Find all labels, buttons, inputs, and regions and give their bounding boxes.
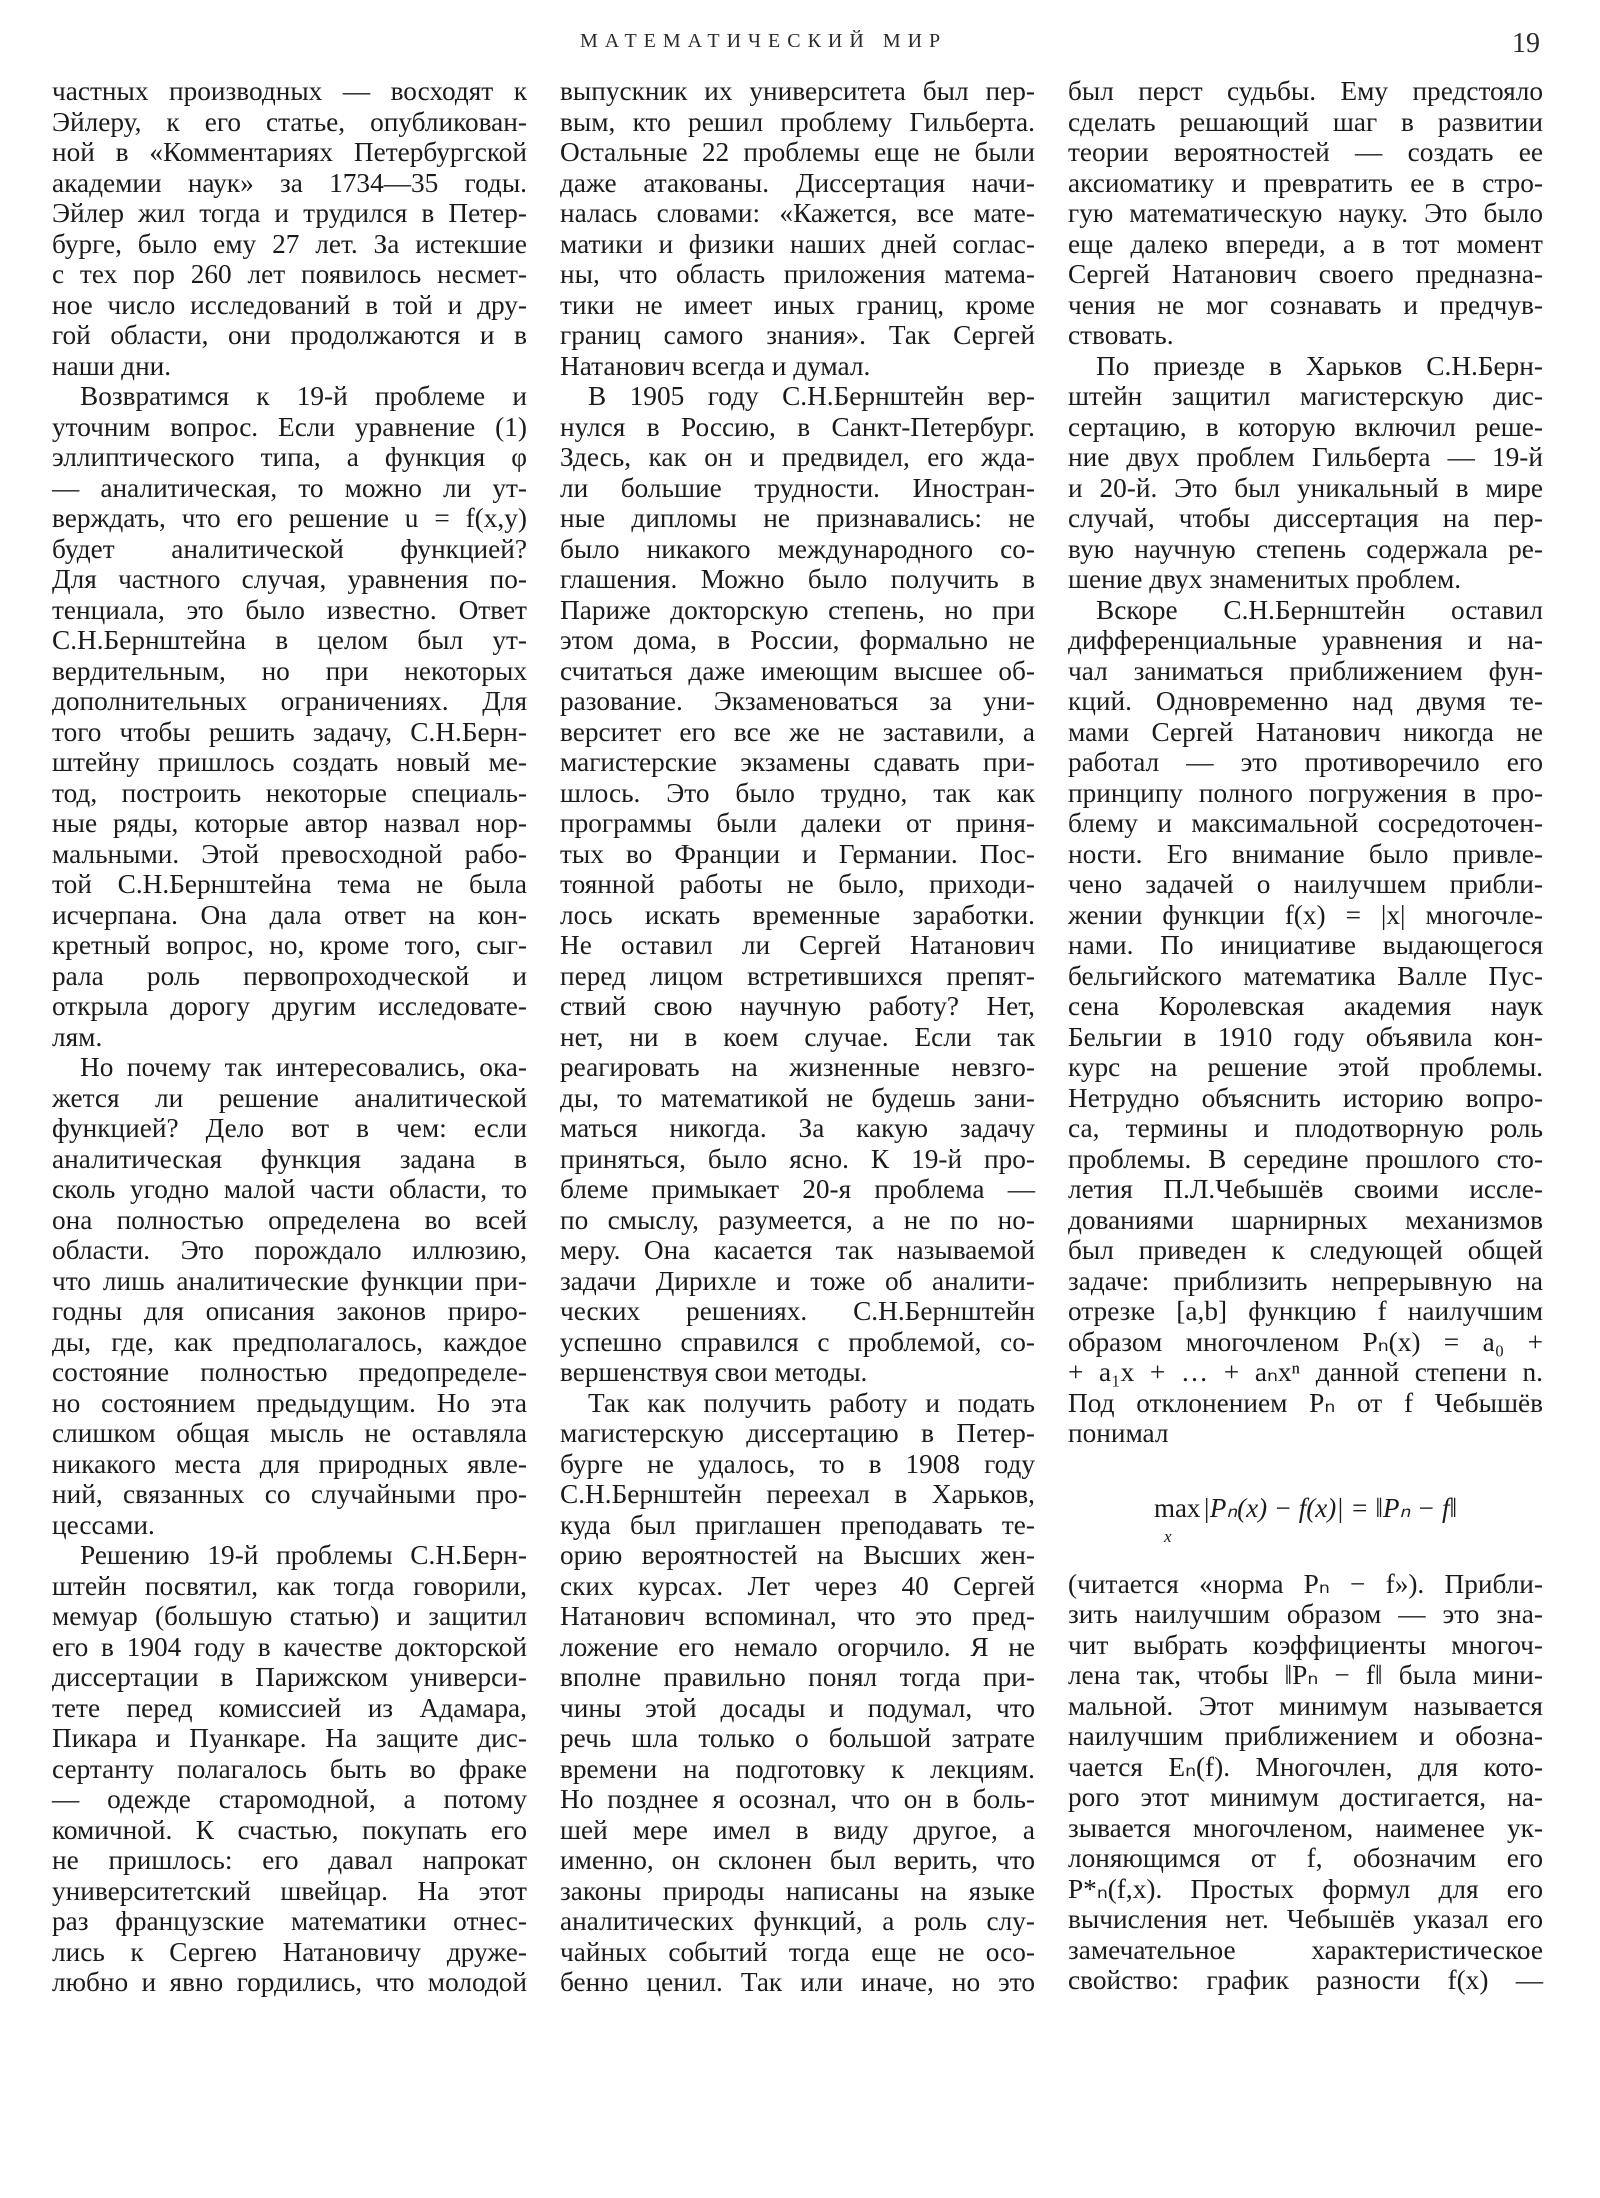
text-line: вым, кто решил проблему Гильберта. bbox=[560, 107, 1035, 138]
text-line: жении функции f(x) = |x| многочле- bbox=[1068, 900, 1543, 931]
text-line: лоняющимся от f, обозначим его bbox=[1068, 1843, 1543, 1874]
text-line: зывается многочленом, наименее ук- bbox=[1068, 1813, 1543, 1844]
text-line: приняться, было ясно. К 19-й про- bbox=[560, 1144, 1035, 1175]
text-column-3: был перст судьбы. Ему предстоялосделать … bbox=[1068, 76, 1543, 1996]
text-line: сертацию, в которую включил реше- bbox=[1068, 412, 1543, 443]
text-line: шей мере имел в виду другое, а bbox=[560, 1815, 1035, 1846]
text-line: дифференциальные уравнения и на- bbox=[1068, 625, 1543, 656]
text-line: куда был приглашен преподавать те- bbox=[560, 1510, 1035, 1541]
text-line: глашения. Можно было получить в bbox=[560, 564, 1035, 595]
text-line: считаться даже имеющим высшее об- bbox=[560, 656, 1035, 687]
text-line: нами. По инициативе выдающегося bbox=[1068, 930, 1543, 961]
text-line: ли большие трудности. Иностран- bbox=[560, 473, 1035, 504]
text-line: Остальные 22 проблемы еще не были bbox=[560, 137, 1035, 168]
text-line: чины этой досады и подумал, что bbox=[560, 1693, 1035, 1724]
text-line: — одежде старомодной, а потому bbox=[52, 1784, 527, 1815]
text-line: что лишь аналитические функции при- bbox=[52, 1266, 527, 1297]
text-line: проблемы. В середине прошлого сто- bbox=[1068, 1144, 1543, 1175]
text-line: налась словами: «Кажется, все мате- bbox=[560, 198, 1035, 229]
text-line: наилучшим приближением и обозна- bbox=[1068, 1721, 1543, 1752]
text-line: тенциала, это было известно. Ответ bbox=[52, 595, 527, 626]
text-line: лям. bbox=[52, 1022, 527, 1053]
text-line: никакого места для природных явле- bbox=[52, 1449, 527, 1480]
text-line: P*ₙ(f,x). Простых формул для его bbox=[1068, 1874, 1543, 1905]
text-line: границ самого знания». Так Сергей bbox=[560, 320, 1035, 351]
text-line: диссертации в Парижском универси- bbox=[52, 1662, 527, 1693]
text-line: чено задачей о наилучшем прибли- bbox=[1068, 869, 1543, 900]
text-line: зить наилучшим образом — это зна- bbox=[1068, 1599, 1543, 1630]
text-line: кретный вопрос, но, кроме того, сыг- bbox=[52, 930, 527, 961]
column-3-text-after-formula: (читается «норма Pₙ − f»). Прибли-зить н… bbox=[1068, 1569, 1543, 1996]
running-title: МАТЕМАТИЧЕСКИЙ МИР bbox=[580, 30, 947, 53]
text-line: гую математическую науку. Это было bbox=[1068, 198, 1543, 229]
text-line: годны для описания законов приро- bbox=[52, 1296, 527, 1327]
text-line: комичной. К счастью, покупать его bbox=[52, 1815, 527, 1846]
text-line: ложение его немало огорчило. Я не bbox=[560, 1632, 1035, 1663]
text-line: рала роль первопроходческой и bbox=[52, 961, 527, 992]
text-line: разование. Экзаменоваться за уни- bbox=[560, 686, 1035, 717]
text-line: ной в «Комментариях Петербургской bbox=[52, 137, 527, 168]
formula-max-operator: maxx bbox=[1154, 1493, 1201, 1524]
text-line: мами Сергей Натанович никогда не bbox=[1068, 717, 1543, 748]
text-line: Эйлер жил тогда и трудился в Петер- bbox=[52, 198, 527, 229]
text-line: ских курсах. Лет через 40 Сергей bbox=[560, 1571, 1035, 1602]
text-line: того чтобы решить задачу, С.Н.Берн- bbox=[52, 717, 527, 748]
text-line: Так как получить работу и подать bbox=[560, 1388, 1035, 1419]
text-line: цессами. bbox=[52, 1510, 527, 1541]
text-column-2: выпускник их университета был пер-вым, к… bbox=[560, 76, 1035, 1998]
text-line: будет аналитической функцией? bbox=[52, 534, 527, 565]
text-line: вычисления нет. Чебышёв указал его bbox=[1068, 1904, 1543, 1935]
text-line: рого этот минимум достигается, на- bbox=[1068, 1782, 1543, 1813]
text-line: чайных событий тогда еще не осо- bbox=[560, 1937, 1035, 1968]
text-line: состояние полностью предопределе- bbox=[52, 1357, 527, 1388]
text-line: чал заниматься приближением фун- bbox=[1068, 656, 1543, 687]
text-line: тики не имеет иных границ, кроме bbox=[560, 290, 1035, 321]
text-line: аналитических функций, а роль слу- bbox=[560, 1906, 1035, 1937]
text-line: понимал bbox=[1068, 1418, 1543, 1449]
text-line: было никакого международного со- bbox=[560, 534, 1035, 565]
text-line: С.Н.Бернштейна в целом был ут- bbox=[52, 625, 527, 656]
text-line: с тех пор 260 лет появилось несмет- bbox=[52, 259, 527, 290]
text-line: принципу полного погружения в про- bbox=[1068, 778, 1543, 809]
text-line: вполне правильно понял тогда при- bbox=[560, 1662, 1035, 1693]
text-line: случай, чтобы диссертация на пер- bbox=[1068, 503, 1543, 534]
text-line: даже атакованы. Диссертация начи- bbox=[560, 168, 1035, 199]
text-line: открыла дорогу другим исследовате- bbox=[52, 991, 527, 1022]
text-line: Решению 19-й проблемы С.Н.Берн- bbox=[52, 1540, 527, 1571]
text-line: Пикара и Пуанкаре. На защите дис- bbox=[52, 1723, 527, 1754]
text-line: функцией? Дело вот в чем: если bbox=[52, 1113, 527, 1144]
text-line: ческих решениях. С.Н.Бернштейн bbox=[560, 1296, 1035, 1327]
text-line: верждать, что его решение u = f(x,y) bbox=[52, 503, 527, 534]
text-line: отрезке [a,b] функцию f наилучшим bbox=[1068, 1296, 1543, 1327]
text-line: успешно справился с проблемой, со- bbox=[560, 1327, 1035, 1358]
text-line: Для частного случая, уравнения по- bbox=[52, 564, 527, 595]
text-line: замечательное характеристическое bbox=[1068, 1935, 1543, 1966]
text-line: шение двух знаменитых проблем. bbox=[1068, 564, 1543, 595]
text-line: штейн защитил магистерскую дис- bbox=[1068, 381, 1543, 412]
text-line: перед лицом встретившихся препят- bbox=[560, 961, 1035, 992]
text-line: образом многочленом Pₙ(x) = a₀ + bbox=[1068, 1327, 1543, 1358]
text-line: дованиями шарнирных механизмов bbox=[1068, 1205, 1543, 1236]
text-line: Бельгии в 1910 году объявила кон- bbox=[1068, 1022, 1543, 1053]
text-line: реагировать на жизненные невзго- bbox=[560, 1052, 1035, 1083]
text-line: С.Н.Бернштейн переехал в Харьков, bbox=[560, 1479, 1035, 1510]
text-line: летия П.Л.Чебышёв своими иссле- bbox=[1068, 1174, 1543, 1205]
text-line: работал — это противоречило его bbox=[1068, 747, 1543, 778]
text-line: тых во Франции и Германии. Пос- bbox=[560, 839, 1035, 870]
formula-body: |Pₙ(x) − f(x)| = ‖Pₙ − f‖ bbox=[1202, 1493, 1457, 1524]
text-line: вердительным, но при некоторых bbox=[52, 656, 527, 687]
text-line: орию вероятностей на Высших жен- bbox=[560, 1540, 1035, 1571]
text-line: Вскоре С.Н.Бернштейн оставил bbox=[1068, 595, 1543, 626]
text-line: бурге, было ему 27 лет. За истекшие bbox=[52, 229, 527, 260]
text-line: Париже докторскую степень, но при bbox=[560, 595, 1035, 626]
text-line: бельгийского математика Валле Пус- bbox=[1068, 961, 1543, 992]
page-number: 19 bbox=[1512, 28, 1540, 60]
text-line: вершенствуя свои методы. bbox=[560, 1357, 1035, 1388]
text-line: лись к Сергею Натановичу друже- bbox=[52, 1937, 527, 1968]
text-line: задаче: приблизить непрерывную на bbox=[1068, 1266, 1543, 1297]
text-line: лена так, чтобы ‖Pₙ − f‖ была мини- bbox=[1068, 1660, 1543, 1691]
text-line: чит выбрать коэффициенты многоч- bbox=[1068, 1630, 1543, 1661]
text-line: сколь угодно малой части области, то bbox=[52, 1174, 527, 1205]
text-line: верситет его все же не заставили, а bbox=[560, 717, 1035, 748]
text-line: наши дни. bbox=[52, 351, 527, 382]
text-line: был перст судьбы. Ему предстояло bbox=[1068, 76, 1543, 107]
text-line: жется ли решение аналитической bbox=[52, 1083, 527, 1114]
text-line: речь шла только о большой затрате bbox=[560, 1723, 1035, 1754]
formula-operator-subscript: x bbox=[1164, 1527, 1172, 1547]
text-line: раз французские математики отнес- bbox=[52, 1906, 527, 1937]
text-line: шлось. Это было трудно, так как bbox=[560, 778, 1035, 809]
text-line: теории вероятностей — создать ее bbox=[1068, 137, 1543, 168]
text-line: нет, ни в коем случае. Если так bbox=[560, 1022, 1035, 1053]
text-line: ные ряды, которые автор назвал нор- bbox=[52, 808, 527, 839]
text-line: мальными. Этой превосходной рабо- bbox=[52, 839, 527, 870]
text-line: сертанту полагалось быть во фраке bbox=[52, 1754, 527, 1785]
text-line: ние двух проблем Гильберта — 19-й bbox=[1068, 442, 1543, 473]
text-line: времени на подготовку к лекциям. bbox=[560, 1754, 1035, 1785]
text-line: Эйлеру, к его статье, опубликован- bbox=[52, 107, 527, 138]
text-line: сена Королевская академия наук bbox=[1068, 991, 1543, 1022]
text-line: — аналитическая, то можно ли ут- bbox=[52, 473, 527, 504]
text-line: чается Eₙ(f). Многочлен, для кото- bbox=[1068, 1752, 1543, 1783]
text-line: штейну пришлось создать новый ме- bbox=[52, 747, 527, 778]
text-line: са, термины и плодотворную роль bbox=[1068, 1113, 1543, 1144]
text-line: лось искать временные заработки. bbox=[560, 900, 1035, 931]
text-line: В 1905 году С.Н.Бернштейн вер- bbox=[560, 381, 1035, 412]
text-line: вую научную степень содержала ре- bbox=[1068, 534, 1543, 565]
text-line: этом дома, в России, формально не bbox=[560, 625, 1035, 656]
column-3-text-before-formula: был перст судьбы. Ему предстоялосделать … bbox=[1068, 76, 1543, 1449]
text-line: не пришлось: его давал напрокат bbox=[52, 1845, 527, 1876]
text-line: магистерские экзамены сдавать при- bbox=[560, 747, 1035, 778]
text-line: исчерпана. Она дала ответ на кон- bbox=[52, 900, 527, 931]
text-line: Но почему так интересовались, ока- bbox=[52, 1052, 527, 1083]
text-line: законы природы написаны на языке bbox=[560, 1876, 1035, 1907]
text-line: ны, что область приложения матема- bbox=[560, 259, 1035, 290]
formula-operator: max bbox=[1154, 1493, 1201, 1523]
text-line: аналитическая функция задана в bbox=[52, 1144, 527, 1175]
text-line: По приезде в Харьков С.Н.Берн- bbox=[1068, 351, 1543, 382]
text-line: ний, связанных со случайными про- bbox=[52, 1479, 527, 1510]
running-head: МАТЕМАТИЧЕСКИЙ МИР 19 bbox=[0, 30, 1600, 70]
text-line: частных производных — восходят к bbox=[52, 76, 527, 107]
text-line: еще далеко впереди, а в тот момент bbox=[1068, 229, 1543, 260]
text-line: аксиоматику и превратить ее в стро- bbox=[1068, 168, 1543, 199]
text-line: Под отклонением Pₙ от f Чебышёв bbox=[1068, 1388, 1543, 1419]
text-line: (читается «норма Pₙ − f»). Прибли- bbox=[1068, 1569, 1543, 1600]
text-line: Сергей Натанович своего предназна- bbox=[1068, 259, 1543, 290]
text-line: его в 1904 году в качестве докторской bbox=[52, 1632, 527, 1663]
text-line: гой области, они продолжаются и в bbox=[52, 320, 527, 351]
text-line: свойство: график разности f(x) — bbox=[1068, 1965, 1543, 1996]
chebyshev-norm-formula: maxx |Pₙ(x) − f(x)| = ‖Pₙ − f‖ bbox=[1068, 1449, 1543, 1569]
text-line: Возвратимся к 19-й проблеме и bbox=[52, 381, 527, 412]
text-line: академии наук» за 1734—35 годы. bbox=[52, 168, 527, 199]
text-line: ствовать. bbox=[1068, 320, 1543, 351]
text-line: и 20-й. Это был уникальный в мире bbox=[1068, 473, 1543, 504]
text-line: ды, где, как предполагалось, каждое bbox=[52, 1327, 527, 1358]
text-line: выпускник их университета был пер- bbox=[560, 76, 1035, 107]
text-line: магистерскую диссертацию в Петер- bbox=[560, 1418, 1035, 1449]
text-line: области. Это порождало иллюзию, bbox=[52, 1235, 527, 1266]
text-line: Здесь, как он и предвидел, его жда- bbox=[560, 442, 1035, 473]
text-line: именно, он склонен был верить, что bbox=[560, 1845, 1035, 1876]
text-line: ное число исследований в той и дру- bbox=[52, 290, 527, 321]
text-line: ные дипломы не признавались: не bbox=[560, 503, 1035, 534]
text-line: кций. Одновременно над двумя те- bbox=[1068, 686, 1543, 717]
text-line: Но позднее я осознал, что он в боль- bbox=[560, 1784, 1035, 1815]
text-line: нулся в Россию, в Санкт-Петербург. bbox=[560, 412, 1035, 443]
text-line: бурге не удалось, то в 1908 году bbox=[560, 1449, 1035, 1480]
text-line: тод, построить некоторые специаль- bbox=[52, 778, 527, 809]
text-line: Натанович всегда и думал. bbox=[560, 351, 1035, 382]
text-line: штейн посвятил, как тогда говорили, bbox=[52, 1571, 527, 1602]
text-line: сделать решающий шаг в развитии bbox=[1068, 107, 1543, 138]
text-line: тоянной работы не было, приходи- bbox=[560, 869, 1035, 900]
text-line: ды, то математикой не будешь зани- bbox=[560, 1083, 1035, 1114]
text-line: университетский швейцар. На этот bbox=[52, 1876, 527, 1907]
text-column-1: частных производных — восходят кЭйлеру, … bbox=[52, 76, 527, 1998]
text-line: матики и физики наших дней соглас- bbox=[560, 229, 1035, 260]
text-line: ствий свою научную работу? Нет, bbox=[560, 991, 1035, 1022]
text-line: меру. Она касается так называемой bbox=[560, 1235, 1035, 1266]
text-line: тете перед комиссией из Адамара, bbox=[52, 1693, 527, 1724]
text-line: той С.Н.Бернштейна тема не была bbox=[52, 869, 527, 900]
text-line: мальной. Этот минимум называется bbox=[1068, 1691, 1543, 1722]
text-line: блеме примыкает 20-я проблема — bbox=[560, 1174, 1035, 1205]
text-line: бенно ценил. Так или иначе, но это bbox=[560, 1967, 1035, 1998]
text-line: ности. Его внимание было привле- bbox=[1068, 839, 1543, 870]
text-line: дополнительных ограничениях. Для bbox=[52, 686, 527, 717]
text-line: + a₁x + … + aₙxⁿ данной степени n. bbox=[1068, 1357, 1543, 1388]
text-line: мемуар (большую статью) и защитил bbox=[52, 1601, 527, 1632]
text-line: был приведен к следующей общей bbox=[1068, 1235, 1543, 1266]
text-line: программы были далеки от приня- bbox=[560, 808, 1035, 839]
text-line: но состоянием предыдущим. Но эта bbox=[52, 1388, 527, 1419]
text-line: задачи Дирихле и тоже об аналити- bbox=[560, 1266, 1035, 1297]
text-line: она полностью определена во всей bbox=[52, 1205, 527, 1236]
text-line: Нетрудно объяснить историю вопро- bbox=[1068, 1083, 1543, 1114]
text-line: маться никогда. За какую задачу bbox=[560, 1113, 1035, 1144]
text-line: чения не мог сознавать и предчув- bbox=[1068, 290, 1543, 321]
text-line: слишком общая мысль не оставляла bbox=[52, 1418, 527, 1449]
text-line: по смыслу, разумеется, а не по но- bbox=[560, 1205, 1035, 1236]
text-line: блему и максимальной сосредоточен- bbox=[1068, 808, 1543, 839]
text-line: курс на решение этой проблемы. bbox=[1068, 1052, 1543, 1083]
text-line: Натанович вспоминал, что это пред- bbox=[560, 1601, 1035, 1632]
text-line: Не оставил ли Сергей Натанович bbox=[560, 930, 1035, 961]
text-line: уточним вопрос. Если уравнение (1) bbox=[52, 412, 527, 443]
text-line: любно и явно гордились, что молодой bbox=[52, 1967, 527, 1998]
text-line: эллиптического типа, а функция φ bbox=[52, 442, 527, 473]
